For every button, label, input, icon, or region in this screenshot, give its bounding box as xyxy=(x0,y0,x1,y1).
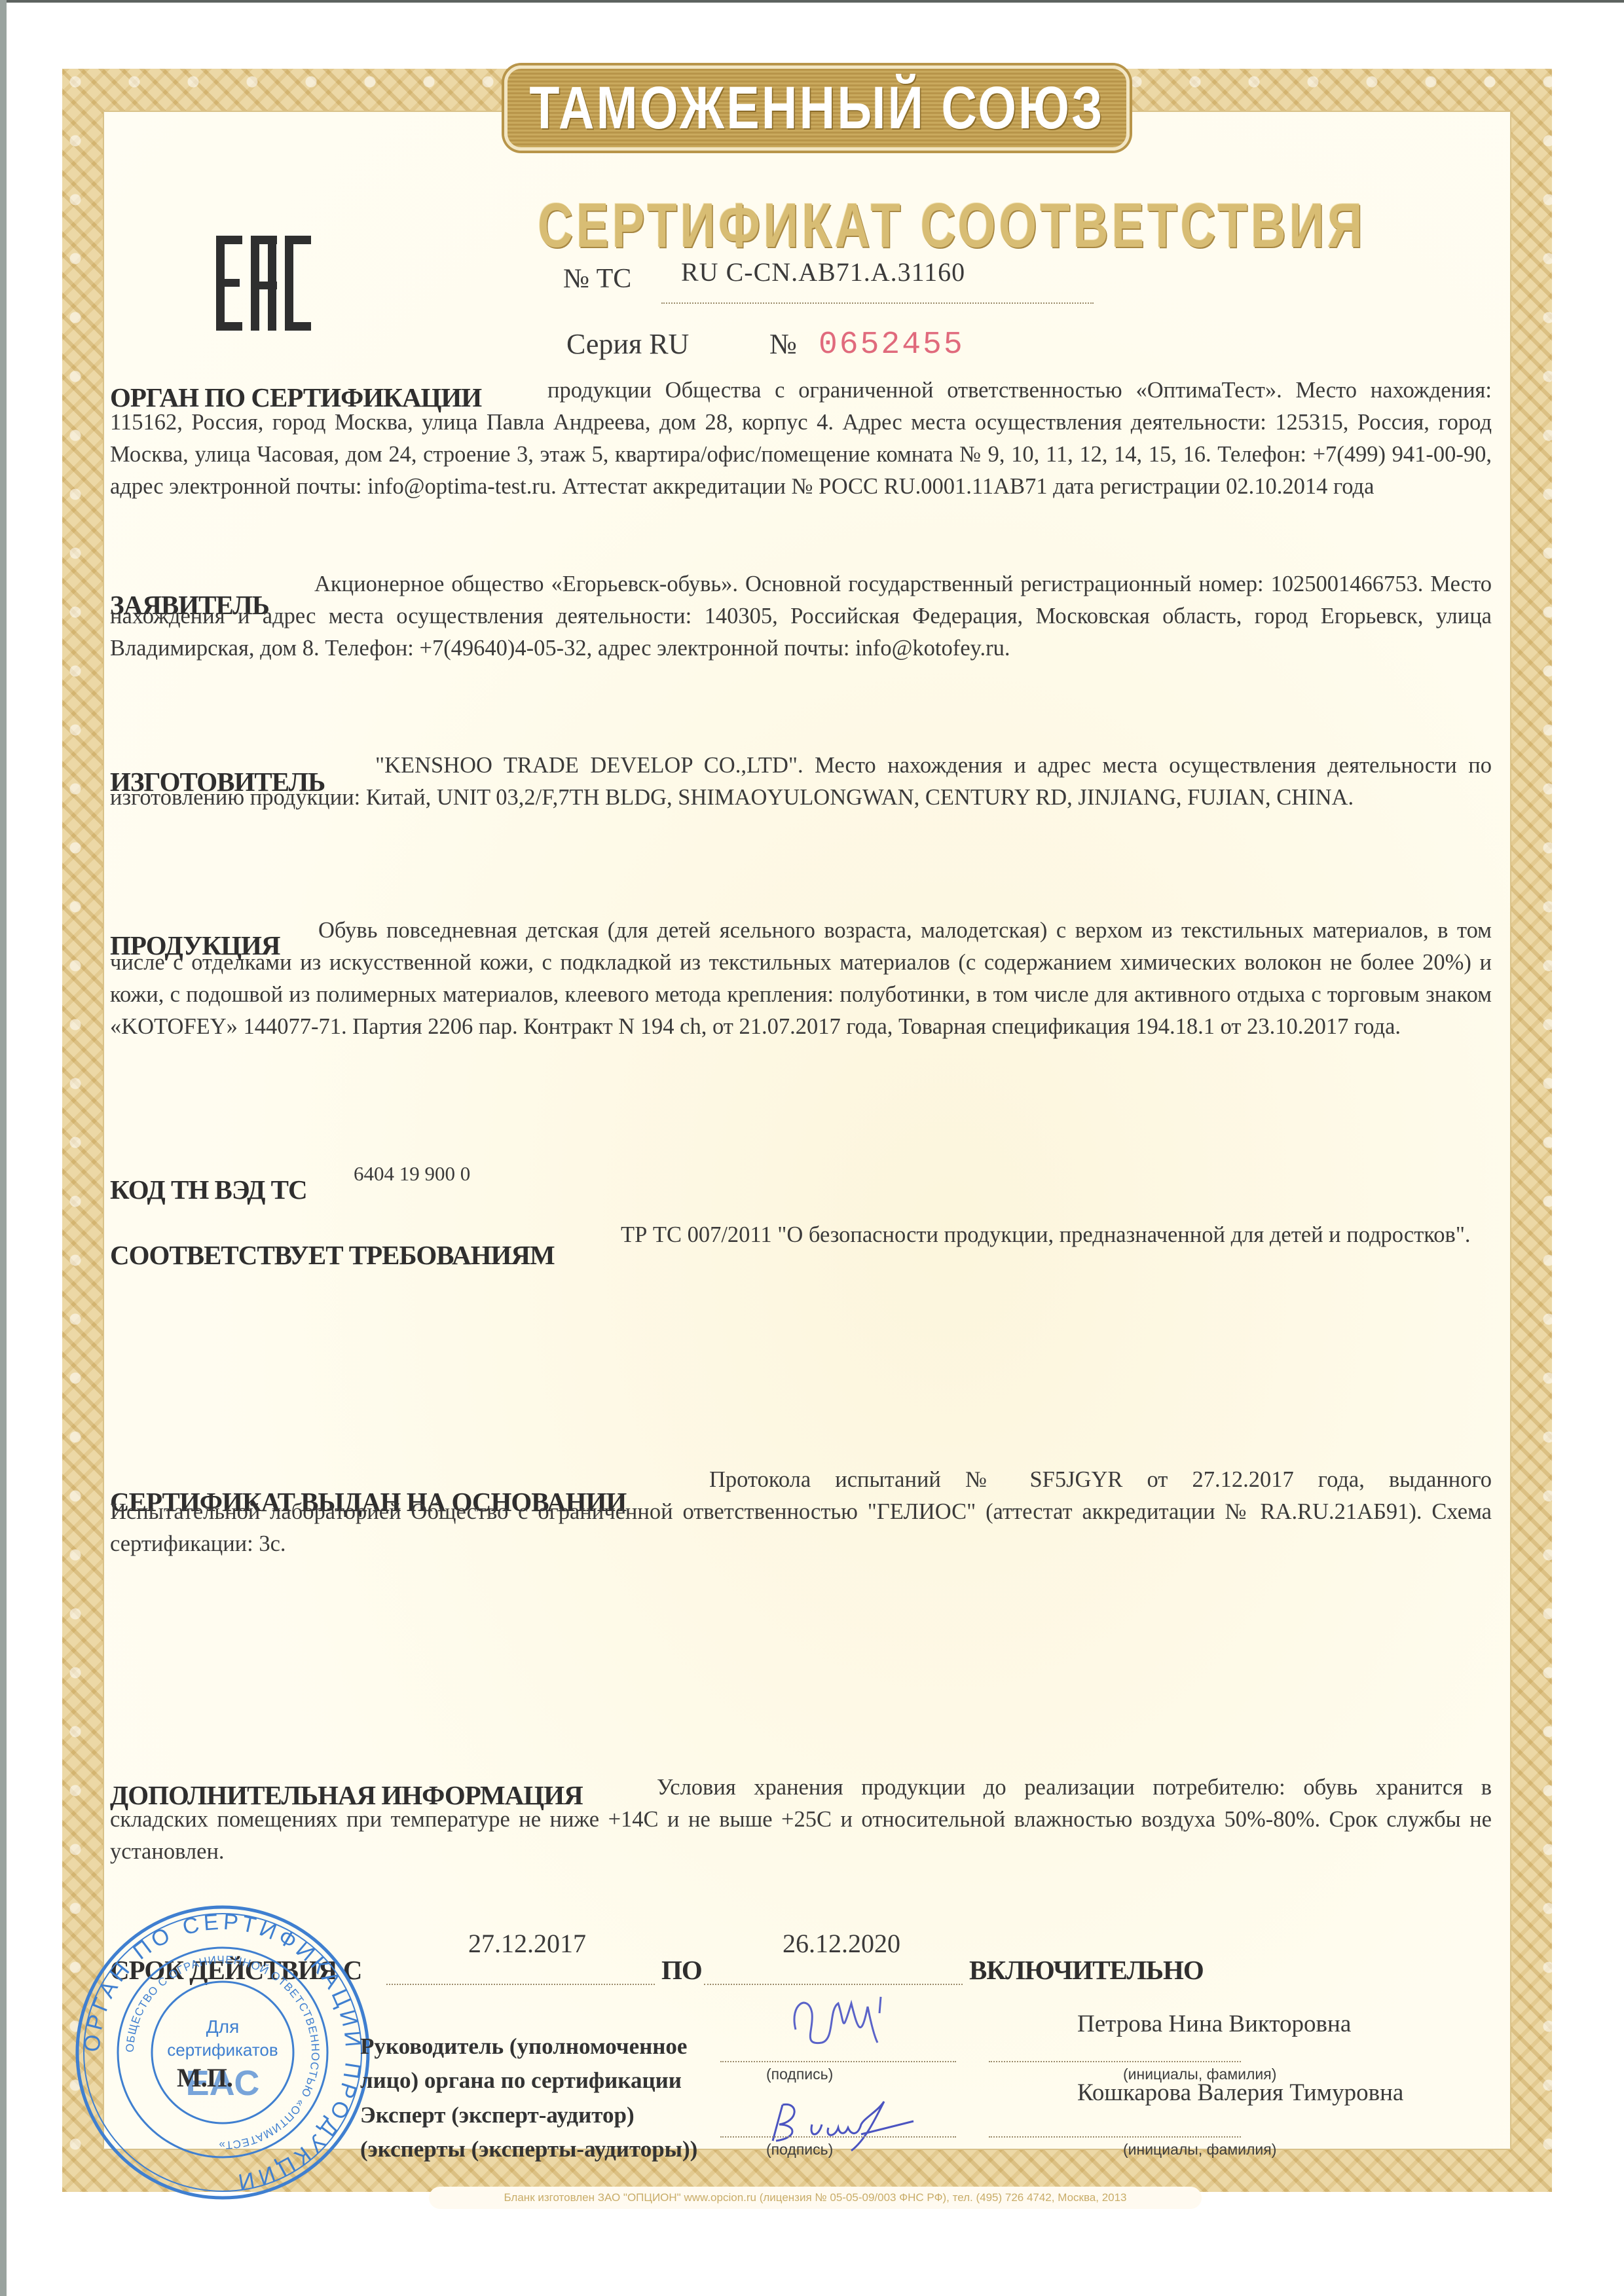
manufacturer-text: "KENSHOO TRADE DEVELOP CO.,LTD". Место н… xyxy=(110,750,1492,814)
stamp-center-line-1: Для xyxy=(206,2016,239,2037)
head-label: Руководитель (уполномоченное лицо) орган… xyxy=(360,2030,687,2098)
basis-text: Протокола испытаний № SF5JGYR от 27.12.2… xyxy=(110,1464,1492,1560)
expert-label-line-1: Эксперт (эксперт-аудитор) xyxy=(360,2098,697,2132)
eac-letter-e xyxy=(216,236,242,331)
scan-top-edge xyxy=(7,0,1624,3)
certification-stamp-icon: ОРГАН ПО СЕРТИФИКАЦИИ ПРОДУКЦИИ ОБЩЕСТВО… xyxy=(69,1899,377,2206)
product-text: Обувь повседневная детская (для детей яс… xyxy=(110,915,1492,1043)
series-number-label: № xyxy=(769,327,797,361)
head-label-line-2: лицо) органа по сертификации xyxy=(360,2064,687,2098)
union-title: ТАМОЖЕННЫЙ СОЮЗ xyxy=(529,74,1104,143)
expert-label: Эксперт (эксперт-аудитор) (эксперты (экс… xyxy=(360,2098,697,2166)
scan-edge xyxy=(0,0,7,2296)
tc-number: RU C-CN.AB71.A.31160 xyxy=(681,257,965,287)
expert-label-line-2: (эксперты (эксперты-аудиторы)) xyxy=(360,2132,697,2166)
validity-to-date: 26.12.2020 xyxy=(783,1928,900,1959)
tc-number-underline xyxy=(661,302,1094,304)
validity-from-line xyxy=(386,1984,655,1985)
expert-signature-line xyxy=(720,2136,956,2138)
series-label: Серия RU xyxy=(566,327,689,361)
eac-letter-c xyxy=(285,236,311,331)
head-label-line-1: Руководитель (уполномоченное xyxy=(360,2030,687,2064)
expert-name-caption: (инициалы, фамилия) xyxy=(1123,2141,1276,2159)
expert-signature-caption: (подпись) xyxy=(766,2141,833,2159)
stamp-place-label: М.П. xyxy=(177,2062,232,2093)
series-number: 0652455 xyxy=(819,327,965,363)
inclusive-label: ВКЛЮЧИТЕЛЬНО xyxy=(969,1954,1204,1986)
head-name: Петрова Нина Викторовна xyxy=(1077,2010,1351,2038)
head-signature-icon xyxy=(783,1984,907,2056)
eac-letter-a xyxy=(251,236,277,331)
validity-to-label: ПО xyxy=(661,1954,702,1986)
union-ribbon: ТАМОЖЕННЫЙ СОЮЗ xyxy=(504,65,1130,151)
document-title: СЕРТИФИКАТ СООТВЕТСТВИЯ xyxy=(538,190,1099,262)
stamp-center-line-2: сертификатов xyxy=(167,2040,278,2060)
applicant-text: Акционерное общество «Егорьевск-обувь». … xyxy=(110,568,1492,665)
eac-mark-icon xyxy=(216,236,311,331)
head-signature-line xyxy=(720,2061,956,2062)
hs-code-value: 6404 19 900 0 xyxy=(354,1162,470,1186)
validity-from-date: 27.12.2017 xyxy=(468,1928,586,1959)
head-signature-caption: (подпись) xyxy=(766,2066,833,2083)
expert-name: Кошкарова Валерия Тимуровна xyxy=(1077,2079,1403,2107)
certification-body-text: продукции Общества с ограниченной ответс… xyxy=(110,374,1492,503)
additional-info-text: Условия хранения продукции до реализации… xyxy=(110,1772,1492,1868)
head-name-line xyxy=(989,2061,1241,2062)
blank-imprint: Бланк изготовлен ЗАО "ОПЦИОН" www.opcion… xyxy=(429,2187,1202,2209)
conforms-text: ТР ТС 007/2011 "О безопасности продукции… xyxy=(110,1219,1492,1251)
tc-number-label: № ТС xyxy=(563,263,631,295)
expert-name-line xyxy=(989,2136,1241,2138)
hs-code-label: КОД ТН ВЭД ТС xyxy=(110,1174,307,1205)
